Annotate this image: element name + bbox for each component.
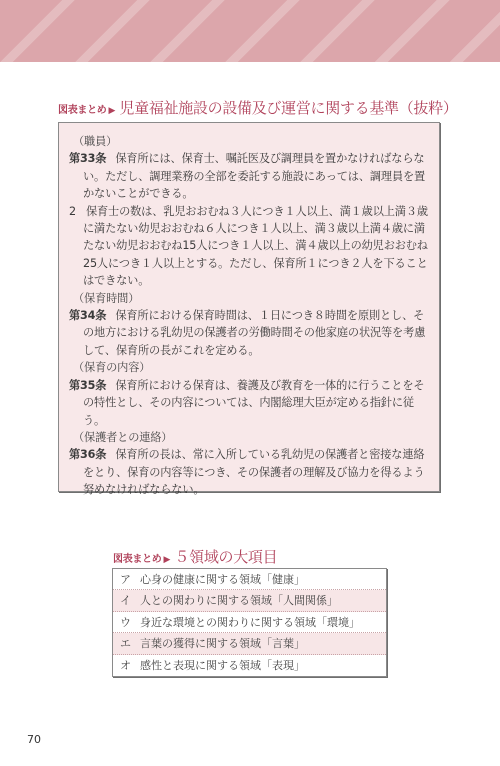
figure-heading-facility-standards: 図表まとめ ▶ 児童福祉施設の設備及び運営に関する基準（抜粋）: [58, 97, 458, 118]
article-text: 保育士の数は、乳児おおむね３人につき１人以上、満１歳以上満３歳に満たない幼児おお…: [83, 205, 428, 288]
triangle-right-icon: ▶: [109, 106, 116, 116]
table-row: イ人との関わりに関する領域「人間関係」: [113, 590, 386, 611]
row-key: ウ: [120, 612, 140, 633]
article-text: 保育所には、保育士、嘱託医及び調理員を置かなければならない。ただし、調理業務の全…: [83, 152, 425, 200]
row-text: 言葉の獲得に関する領域「言葉」: [140, 637, 305, 650]
article-number: 第33条: [69, 152, 106, 165]
decorative-striped-header-band: [0, 0, 500, 62]
section-label-content: （保育の内容）: [69, 359, 431, 376]
row-key: オ: [120, 655, 140, 676]
row-key: イ: [120, 590, 140, 611]
row-text: 人との関わりに関する領域「人間関係」: [140, 594, 338, 607]
row-key: エ: [120, 633, 140, 654]
figure-title: 児童福祉施設の設備及び運営に関する基準（抜粋）: [119, 97, 457, 118]
table-row: エ言葉の獲得に関する領域「言葉」: [113, 633, 386, 654]
table-row: ア心身の健康に関する領域「健康」: [113, 569, 386, 590]
figure-tag: 図表まとめ: [58, 101, 107, 116]
section-label-guardian-contact: （保護者との連絡）: [69, 429, 431, 446]
row-text: 身近な環境との関わりに関する領域「環境」: [140, 616, 360, 629]
figure-tag: 図表まとめ: [113, 550, 162, 565]
row-key: ア: [120, 569, 140, 590]
article-text: 保育所における保育は、養護及び教育を一体的に行うことをその特性とし、その内容につ…: [83, 379, 424, 427]
article-number: 第35条: [69, 379, 106, 392]
figure-heading-five-domains: 図表まとめ ▶ ５領域の大項目: [113, 546, 277, 567]
article-number: 第36条: [69, 448, 106, 461]
article-text: 保育所における保育時間は、１日につき８時間を原則とし、その地方における乳幼児の保…: [83, 309, 425, 357]
row-text: 感性と表現に関する領域「表現」: [140, 659, 305, 672]
page-number: 70: [27, 733, 41, 746]
table-row: オ感性と表現に関する領域「表現」: [113, 655, 386, 676]
article-text: 保育所の長は、常に入所している乳幼児の保護者と密接な連絡をとり、保育の内容等につ…: [83, 448, 425, 496]
section-label-hours: （保育時間）: [69, 290, 431, 307]
article-number: 第34条: [69, 309, 106, 322]
figure-title: ５領域の大項目: [174, 546, 277, 567]
five-domains-table: ア心身の健康に関する領域「健康」 イ人との関わりに関する領域「人間関係」 ウ身近…: [112, 568, 387, 677]
row-text: 心身の健康に関する領域「健康」: [140, 573, 305, 586]
article-33: 第33条保育所には、保育士、嘱託医及び調理員を置かなければならない。ただし、調理…: [69, 150, 431, 202]
law-excerpt-box: （職員） 第33条保育所には、保育士、嘱託医及び調理員を置かなければならない。た…: [58, 122, 440, 492]
article-34: 第34条保育所における保育時間は、１日につき８時間を原則とし、その地方における乳…: [69, 307, 431, 359]
triangle-right-icon: ▶: [164, 555, 171, 565]
table-row: ウ身近な環境との関わりに関する領域「環境」: [113, 612, 386, 633]
paragraph-number: 2: [69, 205, 76, 218]
article-33-paragraph-2: 2保育士の数は、乳児おおむね３人につき１人以上、満１歳以上満３歳に満たない幼児お…: [69, 203, 431, 290]
article-36: 第36条保育所の長は、常に入所している乳幼児の保護者と密接な連絡をとり、保育の内…: [69, 446, 431, 498]
section-label-staff: （職員）: [69, 133, 431, 150]
article-35: 第35条保育所における保育は、養護及び教育を一体的に行うことをその特性とし、その…: [69, 377, 431, 429]
